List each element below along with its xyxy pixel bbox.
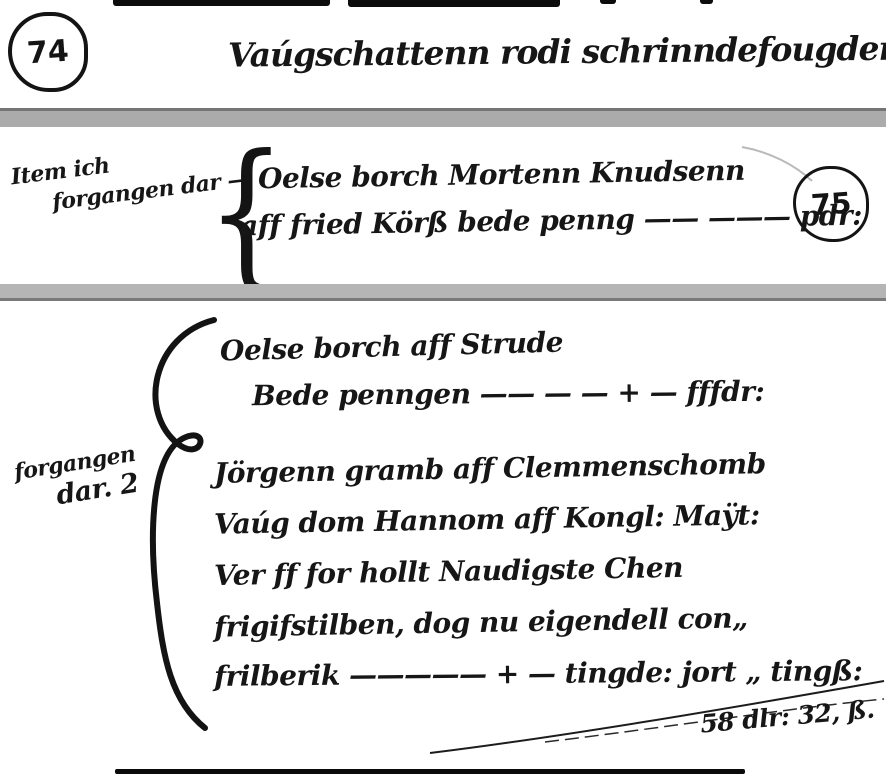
scan-edge-mark-bottom <box>115 769 745 774</box>
manuscript-scan-page: 74 Vaúgschattenn rodi schrinndefougderie… <box>0 0 886 774</box>
flourish-lines <box>0 0 886 774</box>
